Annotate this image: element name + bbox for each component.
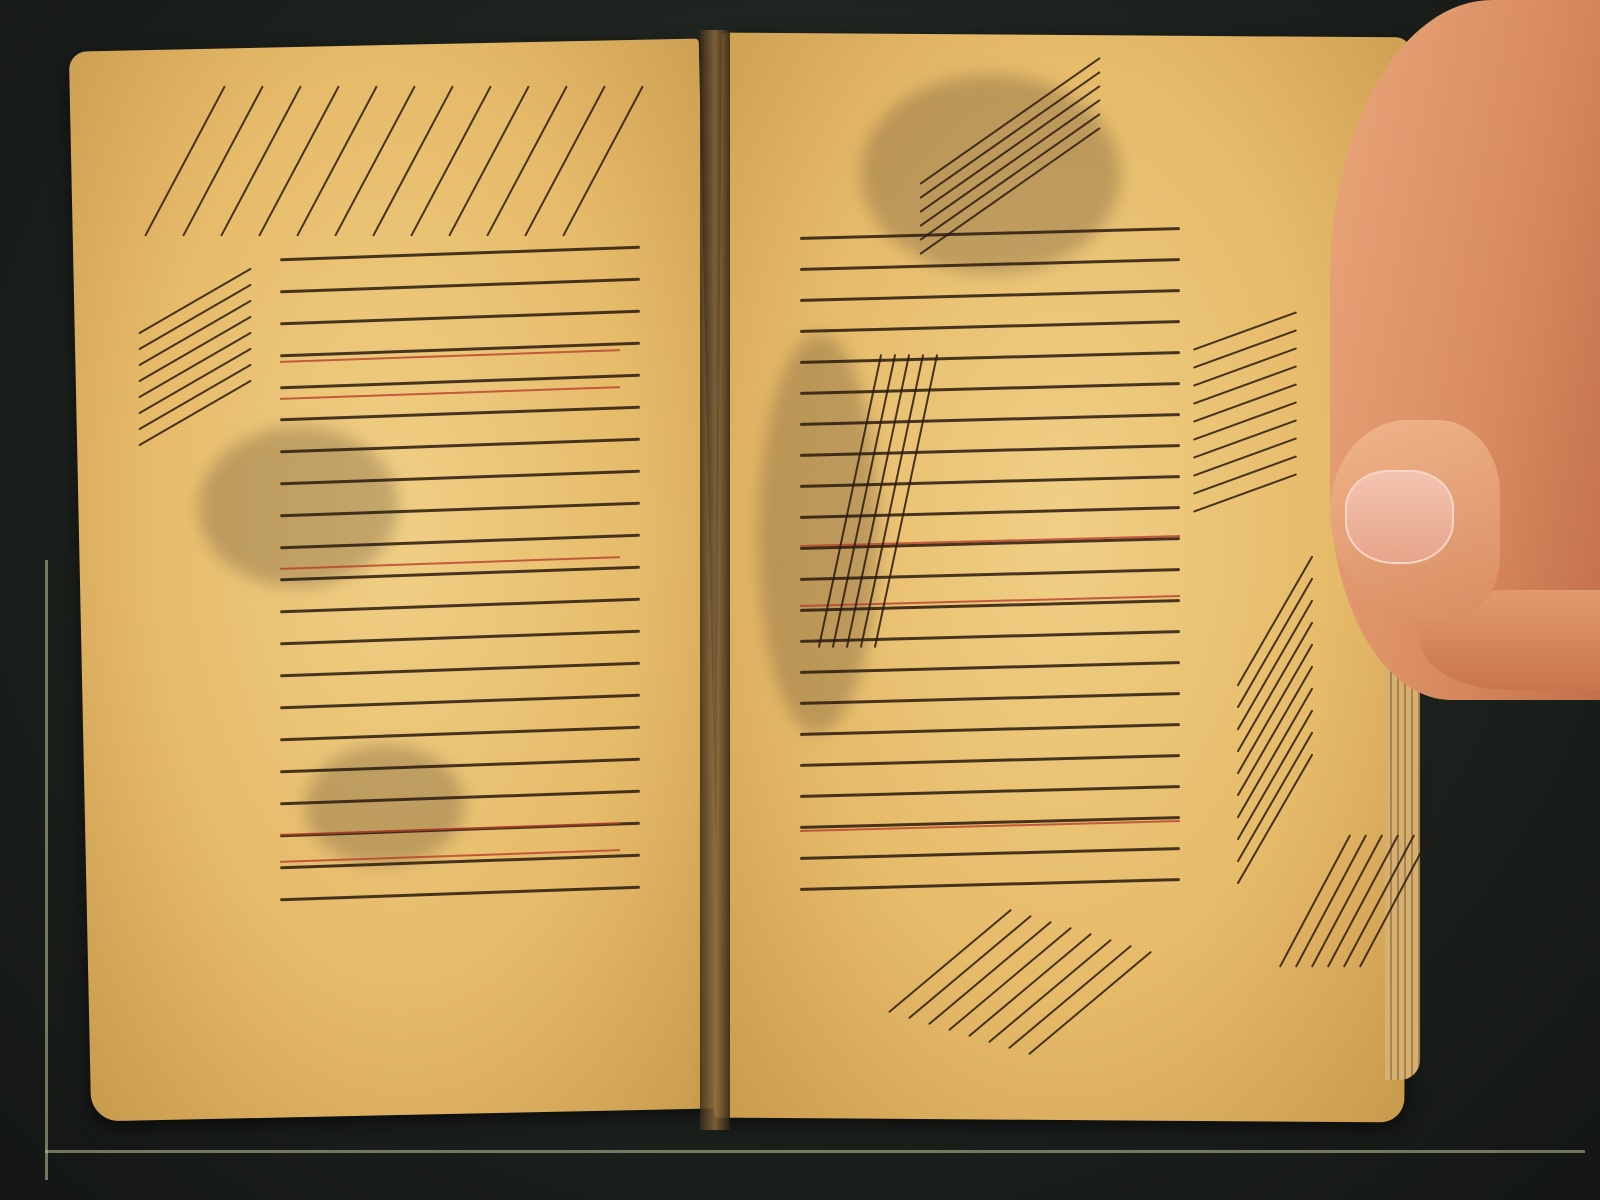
left-page <box>69 39 721 1122</box>
stain <box>303 744 465 867</box>
thumbnail <box>1345 470 1454 564</box>
frame-line-bottom <box>45 1150 1585 1153</box>
frame-line-left <box>45 560 48 1180</box>
book-spine <box>700 30 730 1130</box>
